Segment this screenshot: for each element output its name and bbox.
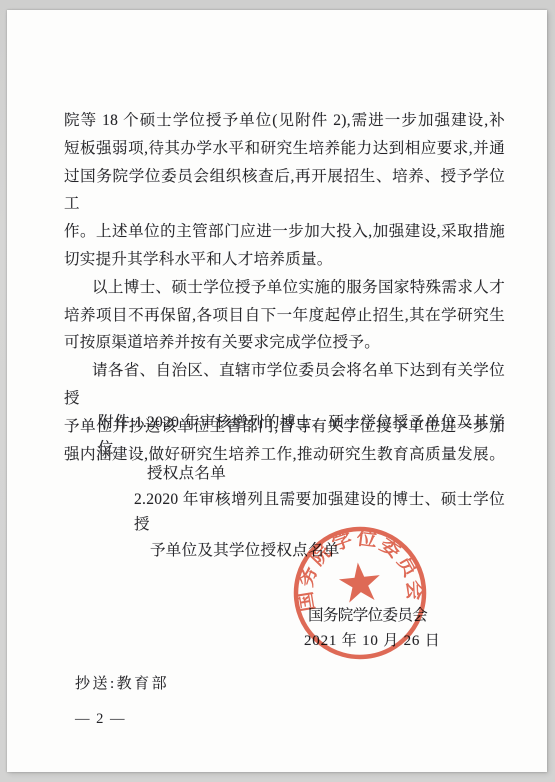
attachment-line: 附件:1.2020 年审核增列的博士、硕士学位授予单位及其学位 [98,410,505,461]
body-line: 院等 18 个硕士学位授予单位(见附件 2),需进一步加强建设,补 [64,107,505,135]
body-line: 切实提升其学科水平和人才培养质量。 [64,246,505,274]
body-line: 短板强弱项,待其办学水平和研究生培养能力达到相应要求,并通 [64,135,505,163]
seal-star-icon [337,560,382,603]
attachment-line: 授权点名单 [98,461,505,487]
body-line: 可按原渠道培养并按有关要求完成学位授予。 [64,329,505,357]
body-line: 作。上述单位的主管部门应进一步加大投入,加强建设,采取措施 [64,218,505,246]
body-line: 以上博士、硕士学位授予单位实施的服务国家特殊需求人才 [64,274,505,302]
body-line: 请各省、自治区、直辖市学位委员会将名单下达到有关学位授 [64,357,505,413]
official-seal: 国务院学位委员会 [270,503,450,683]
cc-line: 抄送:教育部 [75,676,169,693]
body-line: 过国务院学位委员会组织核查后,再开展招生、培养、授予学位工 [64,163,505,219]
body-line: 培养项目不再保留,各项目自下一年度起停止招生,其在学研究生 [64,302,505,330]
document-page: 院等 18 个硕士学位授予单位(见附件 2),需进一步加强建设,补 短板强弱项,… [7,10,547,772]
page-number: — 2 — [75,711,126,727]
